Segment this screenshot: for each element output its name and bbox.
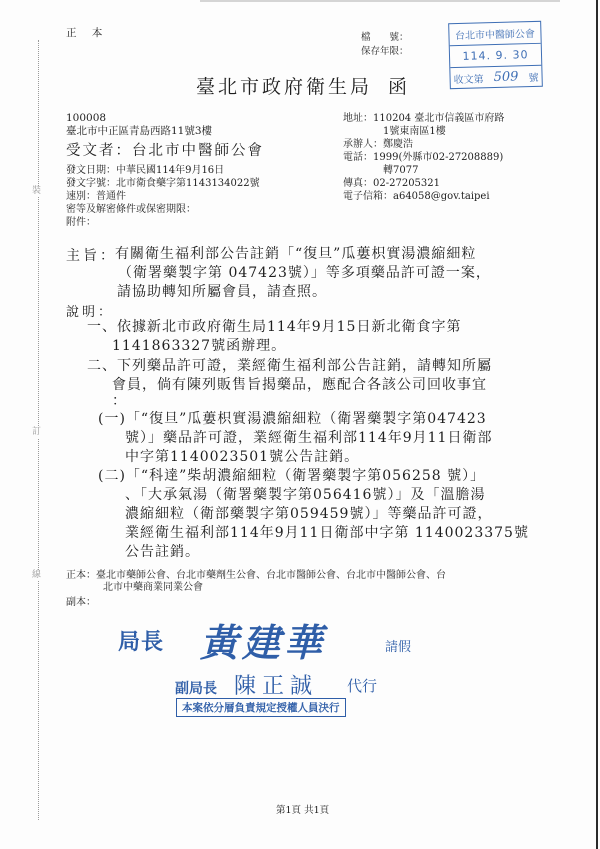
- document-title: 臺北市政府衛生局函: [196, 72, 410, 99]
- agency-name: 臺北市政府衛生局: [196, 76, 372, 98]
- scan-top-edge: [200, 0, 560, 2]
- description-item: 一、依據新北市政府衛生局114年9月15日新北衛食字第: [87, 318, 461, 337]
- doc-type: 函: [388, 76, 410, 98]
- sender-address-line1: 地址：110204 臺北市信義區市府路: [343, 113, 504, 126]
- subject-line: （衛署藥製字第 047423號）」等多項藥品許可證一案，: [118, 264, 491, 283]
- stamp-recv-suffix: 號: [528, 69, 538, 84]
- binding-mark: 線: [32, 570, 41, 581]
- description-item: 會員，倘有陳列販售旨揭藥品，應配合各該公司回收事宜: [112, 376, 487, 395]
- subject-line: 請協助轉知所屬會員，請查照。: [117, 283, 327, 302]
- authorization-stamp: 本案依分層負責規定授權人員決行: [176, 698, 346, 717]
- issue-number: 發文字號：北市衛食藥字第1143134022號: [66, 178, 260, 190]
- description-subitem: 公告註銷。: [125, 543, 200, 562]
- archive-number-label: 檔 號：: [361, 29, 409, 43]
- signature-name: 黃建華: [200, 612, 326, 667]
- subject-label: 主旨：: [66, 245, 117, 265]
- signature-title: 局長: [118, 625, 164, 656]
- page-number: 第1頁 共1頁: [276, 802, 329, 816]
- speed-class: 速別：普通件: [66, 191, 126, 203]
- stamp-recv-prefix: 收文第: [453, 70, 483, 86]
- original-recipients: 正本：臺北市藥師公會、台北市藥劑生公會、台北市醫師公會、台北市中醫師公會、台: [66, 570, 446, 582]
- binding-mark: 裝: [32, 186, 41, 197]
- scan-right-edge: [596, 0, 598, 849]
- description-subitem: 、「大承氣湯（衛署藥製字第056416號）」及「溫膽湯: [125, 486, 485, 505]
- description-subitem: (二)「“科達”柴胡濃縮細粒（衛署藥製字第056258 號）」: [98, 467, 485, 486]
- stamp-date: 114. 9. 30: [450, 44, 542, 68]
- phone: 電話：1999(外縣市02-27208889): [343, 152, 503, 165]
- copy-recipients: 副本：: [66, 597, 96, 609]
- handler: 承辦人：鄭慶浩: [343, 139, 413, 152]
- description-subitem: 中字第1140023501號公告註銷。: [125, 448, 359, 467]
- copy-type-label: 正 本: [66, 25, 108, 40]
- description-item: ：: [112, 392, 127, 411]
- subject-line: 有關衛生福利部公告註銷「“復旦”瓜蔞枳實湯濃縮細粒: [115, 245, 476, 264]
- stamp-recv-number: 509: [493, 69, 518, 85]
- binding-mark: 訂: [32, 427, 41, 438]
- issue-date: 發文日期：中華民國114年9月16日: [66, 165, 224, 177]
- signature-leave: 請假: [385, 636, 411, 655]
- deputy-acting: 代行: [347, 675, 377, 696]
- original-recipients-cont: 北市中藥商業同業公會: [103, 582, 203, 594]
- phone-ext: 轉7077: [383, 165, 418, 178]
- deputy-name: 陳正誠: [234, 669, 318, 700]
- confidentiality: 密等及解密條件或保密期限：: [66, 204, 196, 216]
- fax: 傳真：02-27205321: [343, 178, 440, 191]
- document-page: 裝 訂 線 正 本 檔 號： 保存年限： 台北市中醫師公會 114. 9. 30…: [0, 0, 600, 849]
- description-subitem: 濃縮細粒（衛部藥製字第059459號）」等藥品許可證，: [125, 505, 492, 524]
- recipient-name: 受文者：台北市中醫師公會: [66, 139, 264, 160]
- postal-code: 100008: [66, 112, 106, 125]
- deputy-title: 副局長: [175, 678, 217, 698]
- description-item: 1141863327號函辦理。: [112, 337, 286, 356]
- recipient-address: 臺北市中正區青島西路11號3樓: [66, 125, 212, 138]
- stamp-org: 台北市中醫師公會: [449, 22, 541, 46]
- email: 電子信箱：a64058@gov.taipei: [343, 191, 490, 204]
- description-item: 二、下列藥品許可證，業經衛生福利部公告註銷，請轉知所屬: [87, 357, 492, 376]
- received-stamp: 台北市中醫師公會 114. 9. 30 收文第 509 號: [448, 21, 543, 89]
- sender-address-line2: 1號東南區1樓: [383, 126, 446, 139]
- description-subitem: (一)「“復旦”瓜蔞枳實湯濃縮細粒（衛署藥製字第047423: [98, 410, 487, 429]
- retention-label: 保存年限：: [361, 43, 409, 57]
- description-subitem: 號）」藥品許可證，業經衛生福利部114年9月11日衛部: [125, 429, 492, 448]
- attachments: 附件：: [66, 217, 96, 229]
- description-subitem: 業經衛生福利部114年9月11日衛部中字第 1140023375號: [125, 524, 529, 543]
